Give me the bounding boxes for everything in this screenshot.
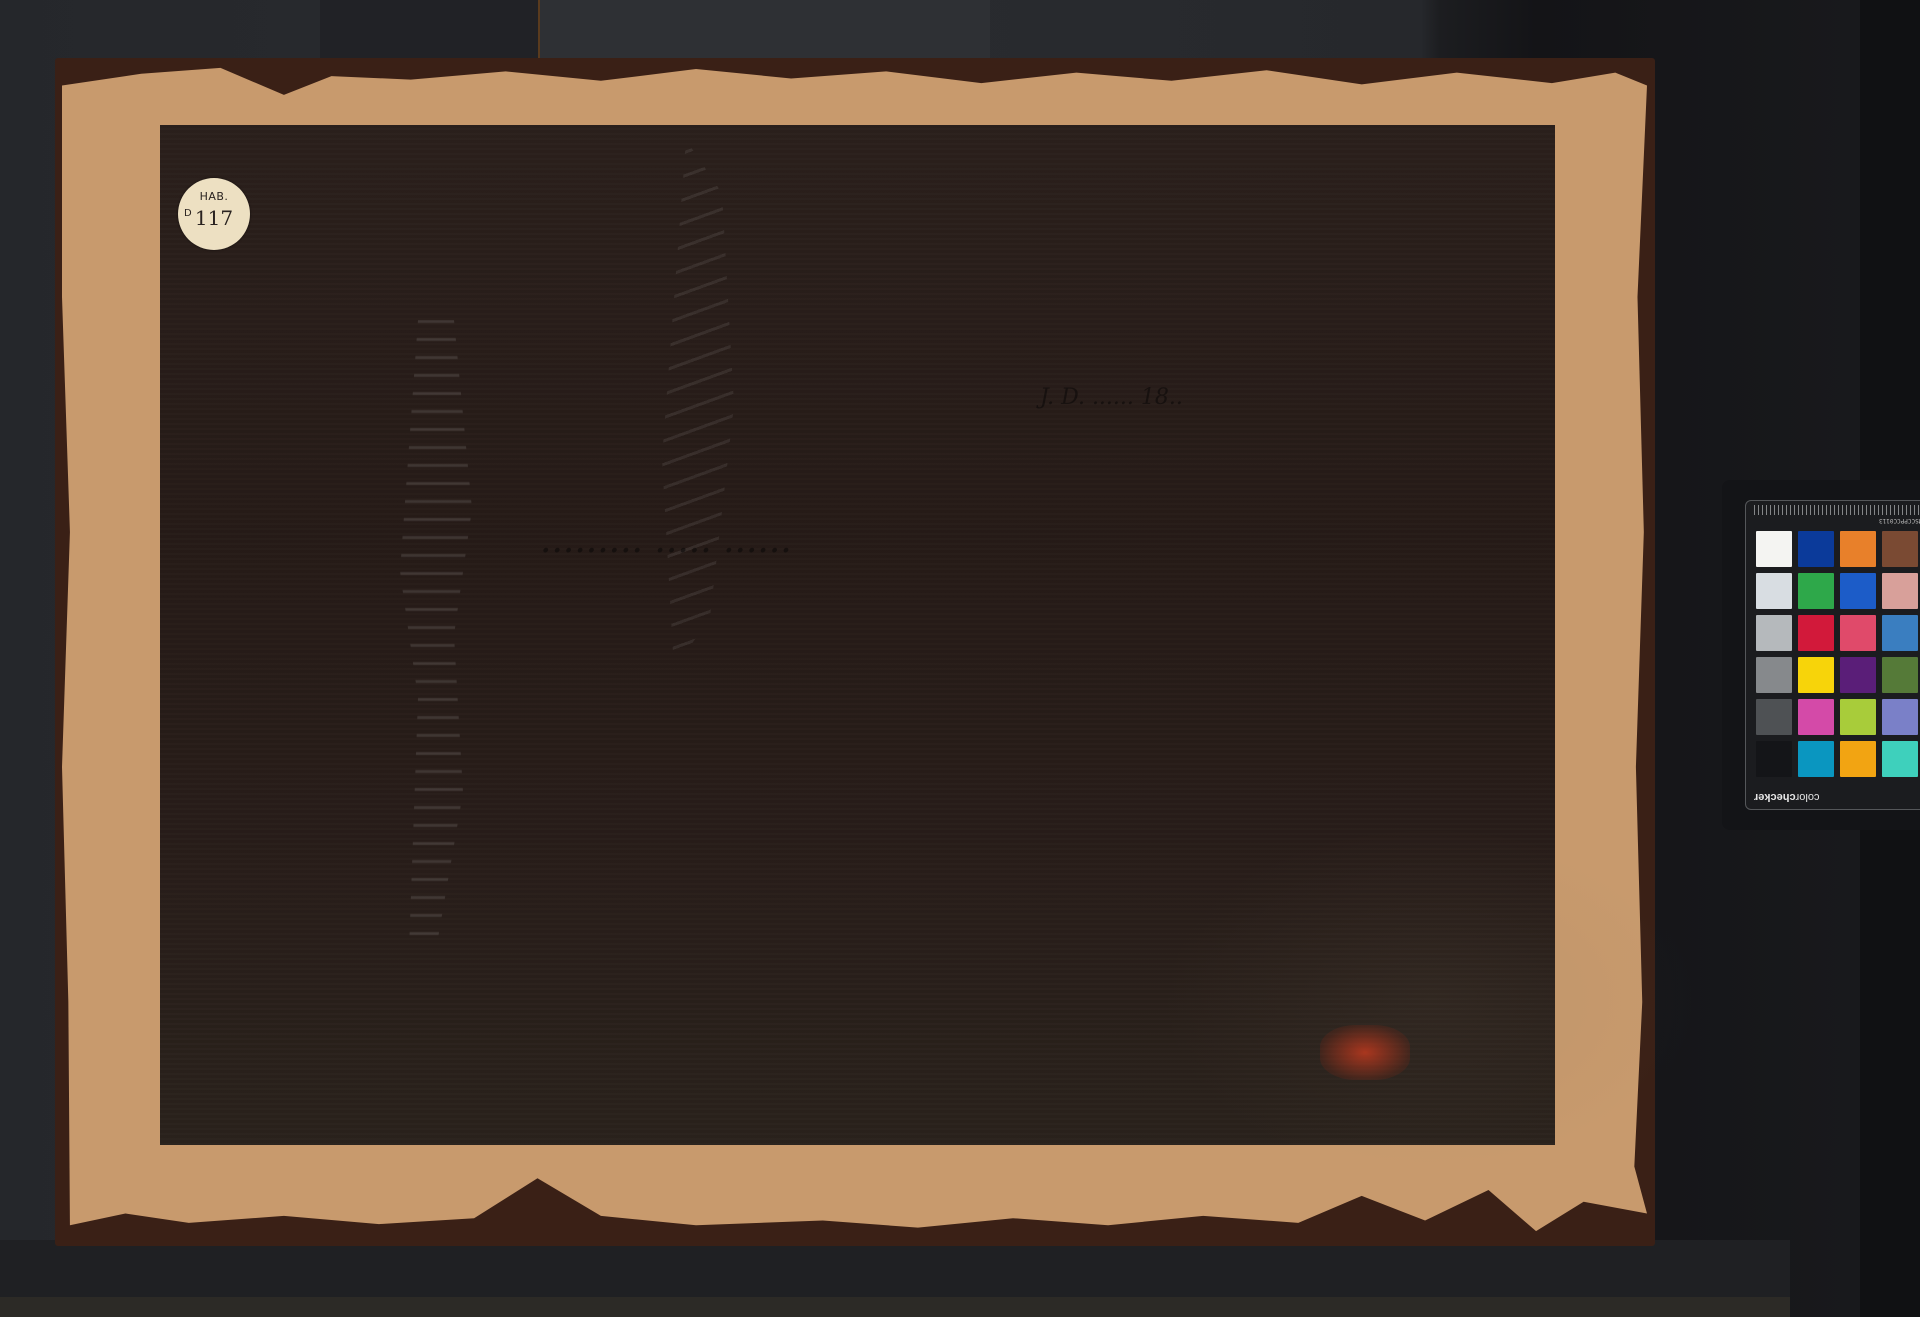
swatch-yellow-green — [1840, 699, 1876, 735]
swatch-periwinkle — [1882, 699, 1918, 735]
color-checker-card: MSCCPPCC0113 colorchecker — [1745, 500, 1920, 810]
wood-grain-highlight — [1160, 825, 1700, 1175]
swatch-purple — [1840, 657, 1876, 693]
swatch-orange-yellow — [1840, 741, 1876, 777]
swatch-pink-skin — [1882, 573, 1918, 609]
ruler-scale — [1754, 505, 1920, 515]
inscription-center: ......... ..... ...... — [540, 520, 792, 561]
color-checker-brand: colorchecker — [1754, 791, 1819, 803]
wood-panel-back — [160, 125, 1555, 1145]
brand-light: color — [1796, 791, 1820, 803]
swatch-blue — [1798, 531, 1834, 567]
top-board — [538, 0, 990, 58]
swatch-steel-blue — [1882, 615, 1918, 651]
support-shelf-lower — [0, 1297, 1790, 1317]
collection-label-prefix-text: HAB. — [178, 190, 250, 203]
swatch-brown — [1882, 531, 1918, 567]
support-shelf — [0, 1240, 1790, 1302]
swatch-grid — [1756, 531, 1920, 777]
red-wax-seal — [1320, 1025, 1410, 1080]
brand-bold: checker — [1754, 791, 1796, 803]
inscription-signature: J. D. ...... 18.. — [1040, 385, 1183, 410]
swatch-light-gray — [1756, 573, 1792, 609]
collection-label: HAB. D 117 — [178, 178, 250, 250]
color-checker-code: MSCCPPCC0113 — [1879, 517, 1920, 524]
swatch-green — [1798, 573, 1834, 609]
swatch-gray-2 — [1756, 657, 1792, 693]
swatch-red — [1798, 615, 1834, 651]
swatch-cyan — [1798, 741, 1834, 777]
swatch-black — [1756, 741, 1792, 777]
swatch-mid-blue — [1840, 573, 1876, 609]
top-board-shadow — [320, 0, 538, 58]
swatch-turquoise — [1882, 741, 1918, 777]
swatch-yellow — [1798, 657, 1834, 693]
swatch-orange — [1840, 531, 1876, 567]
swatch-dark-gray — [1756, 699, 1792, 735]
swatch-olive-green — [1882, 657, 1918, 693]
swatch-gray-1 — [1756, 615, 1792, 651]
collection-label-number: 117 — [178, 206, 250, 230]
swatch-white — [1756, 531, 1792, 567]
swatch-rose — [1840, 615, 1876, 651]
swatch-magenta — [1798, 699, 1834, 735]
